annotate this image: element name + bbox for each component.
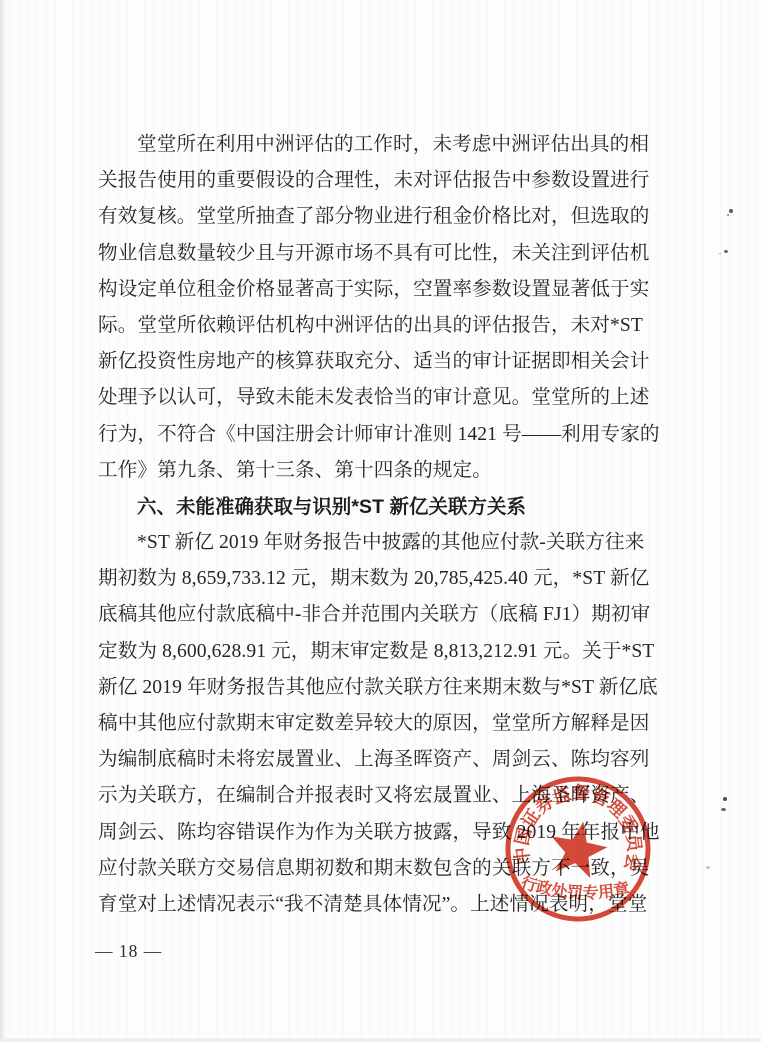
text-line: *ST 新亿 2019 年财务报告中披露的其他应付款-关联方往来	[98, 525, 654, 561]
text-line: 育堂对上述情况表示“我不清楚具体情况”。上述情况表明，堂堂	[98, 887, 654, 923]
text-line: 物业信息数量较少且与开源市场不具有可比性，未关注到评估机	[98, 236, 654, 272]
text-line: 关报告使用的重要假设的合理性，未对评估报告中参数设置进行	[98, 163, 654, 199]
document-page: 堂堂所在利用中洲评估的工作时，未考虑中洲评估出具的相 关报告使用的重要假设的合理…	[0, 0, 761, 1042]
scan-speck	[724, 250, 728, 253]
text-line: 构设定单位租金价格显著高于实际，空置率参数设置显著低于实	[98, 272, 654, 308]
text-line: 应付款关联方交易信息期初数和期末数包含的关联方不一致，吴	[98, 851, 654, 887]
text-line: 新亿投资性房地产的核算获取充分、适当的审计证据即相关会计	[98, 344, 654, 380]
scan-speck	[706, 866, 710, 869]
text-line: 底稿其他应付款底稿中-非合并范围内关联方（底稿 FJ1）期初审	[98, 597, 654, 633]
text-line: 新亿 2019 年财务报告其他应付款关联方往来期末数与*ST 新亿底	[98, 670, 654, 706]
document-body: 堂堂所在利用中洲评估的工作时，未考虑中洲评估出具的相 关报告使用的重要假设的合理…	[98, 127, 654, 923]
text-line: 稿中其他应付款期末审定数差异较大的原因，堂堂所方解释是因	[98, 706, 654, 742]
scan-speck	[729, 209, 733, 213]
scan-speck	[723, 797, 727, 801]
text-line: 期初数为 8,659,733.12 元，期末数为 20,785,425.40 元…	[98, 561, 654, 597]
text-line: 处理予以认可，导致未能未发表恰当的审计意见。堂堂所的上述	[98, 380, 654, 416]
scan-edge-bottom	[0, 1038, 761, 1042]
text-line: 有效复核。堂堂所抽查了部分物业进行租金价格比对，但选取的	[98, 199, 654, 235]
text-line: 工作》第九条、第十三条、第十四条的规定。	[98, 453, 654, 489]
scan-speck	[721, 808, 726, 811]
text-line: 际。堂堂所依赖评估机构中洲评估的出具的评估报告，未对*ST	[98, 308, 654, 344]
text-line: 示为关联方，在编制合并报表时又将宏晟置业、上海圣晖资产、	[98, 778, 654, 814]
page-number: — 18 —	[95, 941, 162, 962]
text-line: 定数为 8,600,628.91 元，期末审定数是 8,813,212.91 元…	[98, 634, 654, 670]
text-line: 堂堂所在利用中洲评估的工作时，未考虑中洲评估出具的相	[98, 127, 654, 163]
text-line: 六、未能准确获取与识别*ST 新亿关联方关系	[98, 489, 654, 525]
text-line: 为编制底稿时未将宏晟置业、上海圣晖资产、周剑云、陈均容列	[98, 742, 654, 778]
text-line: 行为，不符合《中国注册会计师审计准则 1421 号——利用专家的	[98, 417, 654, 453]
text-line: 周剑云、陈均容错误作为作为关联方披露，导致 2019 年年报中他	[98, 815, 654, 851]
scan-edge-shadow	[0, 0, 7, 1042]
